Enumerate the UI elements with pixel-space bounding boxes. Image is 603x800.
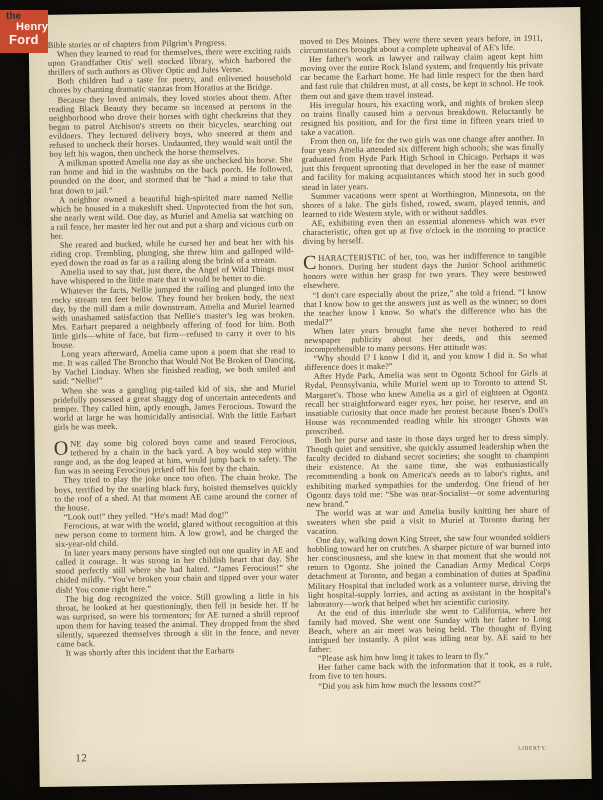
paragraph: Ferocious, at war with the world, glared…	[55, 518, 298, 549]
paragraph: One day, walking down King Street, she s…	[307, 533, 551, 609]
paragraph: The world was at war and Amelia busily k…	[307, 505, 550, 536]
drop-cap: C	[303, 254, 319, 271]
paragraph: Her father's work as lawyer and railway …	[300, 52, 544, 101]
paragraph: At the end of this interlude she went to…	[308, 605, 552, 654]
paragraph: Because they loved animals, they loved s…	[48, 92, 292, 159]
page-number: 12	[75, 752, 87, 764]
paragraph: When she was a gangling pig-tailed kid o…	[53, 383, 297, 432]
paragraph: She reared and bucked, while he cursed h…	[51, 237, 294, 268]
paragraph: They tried to play the joke once too oft…	[54, 473, 298, 513]
paragraph: “I don't care especially about the prize…	[303, 287, 547, 327]
drop-cap: O	[54, 440, 71, 457]
page-text-block: Bible stories or of chapters from Pilgri…	[28, 7, 590, 695]
paragraph: ONE day some big colored boys came and t…	[54, 436, 298, 476]
text-column-right: moved to Des Moines. They were there sev…	[300, 34, 553, 691]
paragraph: When later years brought fame she never …	[304, 323, 547, 354]
paragraph: Both her purse and taste in those days u…	[306, 432, 550, 508]
paragraph: The big dog recognized the voice. Still …	[56, 591, 300, 649]
paragraph: CHARACTERISTIC of her, too, was her indi…	[303, 251, 547, 291]
paragraph: From then on, life for the two girls was…	[301, 134, 545, 192]
magazine-brand: LIBERTY.	[518, 746, 547, 752]
paragraph: Whatever the facts, Nellie jumped the ra…	[51, 283, 295, 350]
paragraph: His irregular hours, his exacting work, …	[301, 97, 545, 137]
paragraph: A milkman spotted Amelia one day as she …	[49, 155, 293, 195]
paragraph: Long years afterward, Amelia came upon a…	[52, 346, 296, 386]
paragraph: Summer vacations were spent at Worthingt…	[302, 188, 545, 219]
paragraph: When they learned to read for themselves…	[48, 46, 291, 77]
paragraph: In later years many persons have singled…	[55, 545, 299, 594]
watermark-ford-label: Ford	[9, 32, 39, 47]
paragraph: After Hyde Park, Amelia was sent to Ogon…	[305, 369, 549, 436]
henry-ford-watermark: the Henry Ford	[0, 10, 48, 53]
paragraph: A neighbor owned a beautiful high-spirit…	[50, 192, 294, 241]
paragraph: AE, exhibiting even then an essential al…	[302, 215, 545, 246]
text-column-left: Bible stories or of chapters from Pilgri…	[48, 37, 301, 694]
magazine-page: Bible stories or of chapters from Pilgri…	[28, 7, 591, 787]
